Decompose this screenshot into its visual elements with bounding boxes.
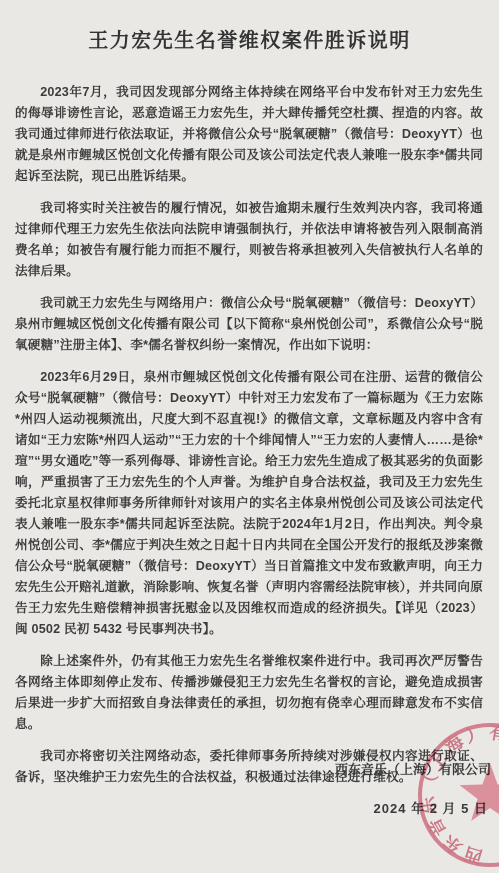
paragraph-3: 我司就王力宏先生与网络用户：微信公众号“脱氧硬糖”（微信号：DeoxyYT）泉州…	[15, 293, 483, 356]
paragraph-4: 2023年6月29日，泉州市鲤城区悦创文化传播有限公司在注册、运营的微信公众号“…	[15, 367, 483, 640]
paragraph-5: 除上述案件外，仍有其他王力宏先生名誉维权案件进行中。我司再次严厉警告各网络主体即…	[15, 651, 483, 735]
document-title: 王力宏先生名誉维权案件胜诉说明	[0, 0, 499, 53]
paragraph-2: 我司将实时关注被告的履行情况，如被告逾期未履行生效判决内容，我司将通过律师代理王…	[15, 198, 483, 282]
paragraph-1: 2023年7月，我司因发现部分网络主体持续在网络平台中发布针对王力宏先生的侮辱诽…	[15, 82, 483, 187]
signature-date: 2024 年 2 月 5 日	[374, 798, 488, 817]
document-body: 2023年7月，我司因发现部分网络主体持续在网络平台中发布针对王力宏先生的侮辱诽…	[0, 82, 499, 788]
statement-document: 王力宏先生名誉维权案件胜诉说明 2023年7月，我司因发现部分网络主体持续在网络…	[0, 0, 499, 873]
document-title-text: 王力宏先生名誉维权案件胜诉说明	[88, 30, 411, 52]
signature-company: 西东音乐（上海）有限公司	[335, 759, 491, 778]
